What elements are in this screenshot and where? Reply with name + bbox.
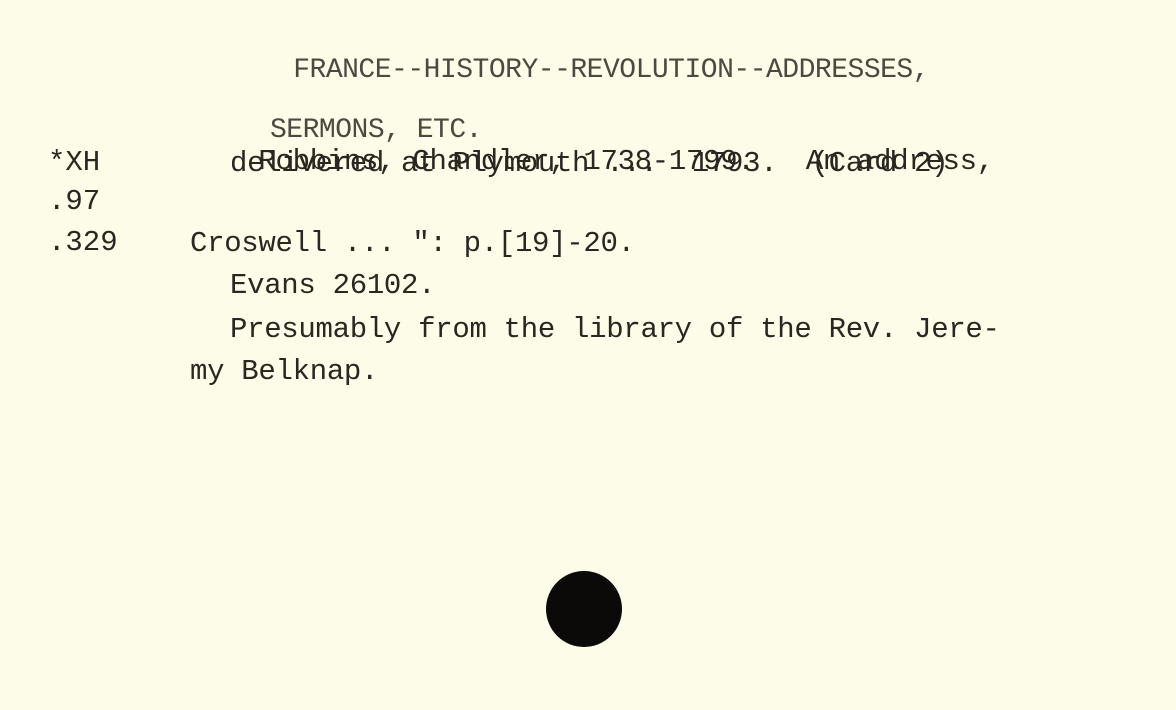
call-number-1: *XH <box>48 146 100 179</box>
note-line3: Presumably from the library of the Rev. … <box>230 312 1000 348</box>
note-line4: my Belknap. <box>190 354 378 390</box>
entry-line2: delivered at Plymouth ... 1793. (Card 2) <box>230 146 948 182</box>
note-line1: Croswell ... ": p.[19]-20. <box>190 226 635 262</box>
note-line2: Evans 26102. <box>230 268 435 304</box>
catalog-card: FRANCE--HISTORY--REVOLUTION--ADDRESSES, … <box>0 0 1176 710</box>
punch-hole-icon <box>546 571 622 647</box>
call-number-3: .329 <box>48 226 118 259</box>
call-number-2: .97 <box>48 185 100 218</box>
subject-heading-line1: FRANCE--HISTORY--REVOLUTION--ADDRESSES, <box>293 55 929 86</box>
